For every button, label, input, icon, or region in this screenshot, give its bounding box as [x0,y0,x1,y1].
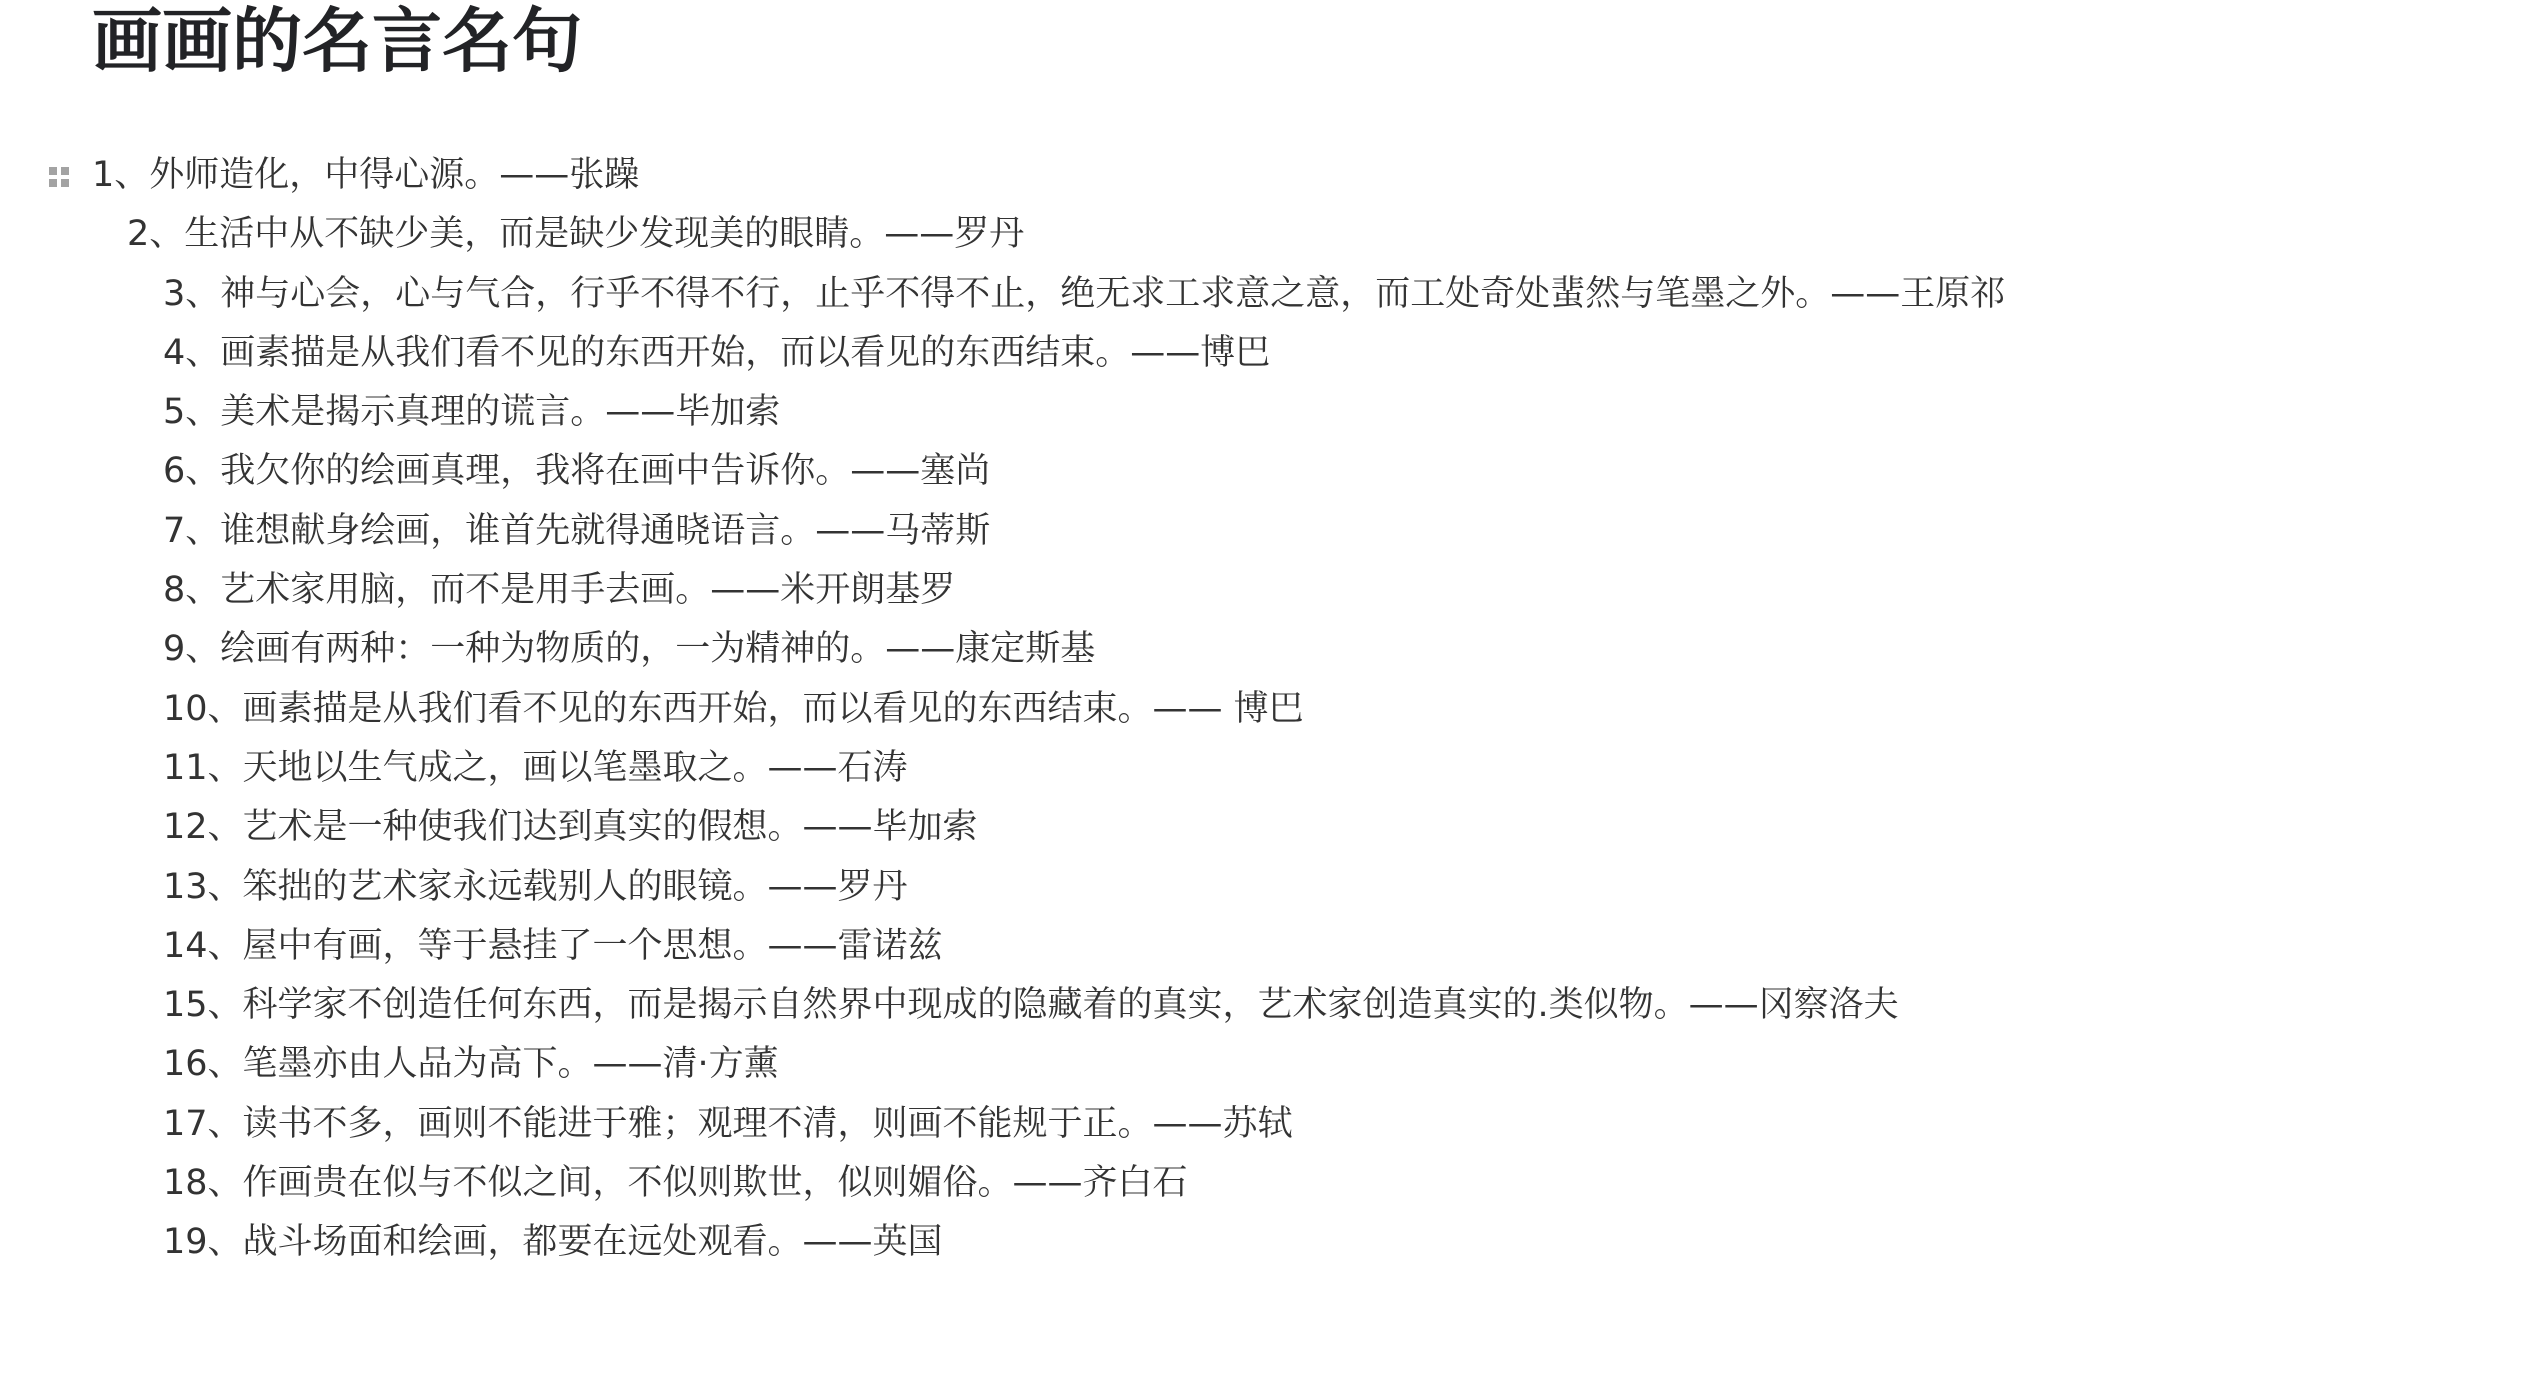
quote-item-5[interactable]: 5、美术是揭示真理的谎言。——毕加索 [0,383,2530,442]
quote-text: 7、谁想献身绘画，谁首先就得通晓语言。——马蒂斯 [163,511,990,551]
quote-text: 3、神与心会，心与气合，行乎不得不行，止乎不得不止，绝无求工求意之意，而工处奇处… [163,274,2005,314]
quote-item-7[interactable]: 7、谁想献身绘画，谁首先就得通晓语言。——马蒂斯 [0,502,2530,561]
quote-item-3[interactable]: 3、神与心会，心与气合，行乎不得不行，止乎不得不止，绝无求工求意之意，而工处奇处… [0,265,2530,324]
quote-text: 10、画素描是从我们看不见的东西开始，而以看见的东西结束。—— 博巴 [163,689,1304,729]
quote-text: 18、作画贵在似与不似之间，不似则欺世，似则媚俗。——齐白石 [163,1163,1188,1203]
quote-item-4[interactable]: 4、画素描是从我们看不见的东西开始，而以看见的东西结束。——博巴 [0,324,2530,383]
quote-text: 15、科学家不创造任何东西，而是揭示自然界中现成的隐藏着的真实，艺术家创造真实的… [163,985,1899,1025]
quote-item-11[interactable]: 11、天地以生气成之，画以笔墨取之。——石涛 [0,739,2530,798]
quote-text: 5、美术是揭示真理的谎言。——毕加索 [163,392,780,432]
quote-item-15[interactable]: 15、科学家不创造任何东西，而是揭示自然界中现成的隐藏着的真实，艺术家创造真实的… [0,976,2530,1035]
quote-text: 13、笨拙的艺术家永远载别人的眼镜。——罗丹 [163,867,908,907]
page-title: 画画的名言名句 [92,0,582,82]
quote-item-16[interactable]: 16、笔墨亦由人品为高下。——清·方薰 [0,1035,2530,1094]
handle-dot [61,179,69,187]
quote-text: 4、画素描是从我们看不见的东西开始，而以看见的东西结束。——博巴 [163,333,1270,373]
quote-item-12[interactable]: 12、艺术是一种使我们达到真实的假想。——毕加索 [0,798,2530,857]
handle-dot [49,179,57,187]
quote-list: 1、外师造化，中得心源。——张躁 2、生活中从不缺少美，而是缺少发现美的眼睛。—… [0,146,2530,1273]
drag-handle-icon[interactable] [49,167,69,187]
quote-text: 9、绘画有两种：一种为物质的，一为精神的。——康定斯基 [163,629,1095,669]
quote-item-19[interactable]: 19、战斗场面和绘画，都要在远处观看。——英国 [0,1213,2530,1272]
quote-item-17[interactable]: 17、读书不多，画则不能进于雅；观理不清，则画不能规于正。——苏轼 [0,1095,2530,1154]
quote-text: 6、我欠你的绘画真理，我将在画中告诉你。——塞尚 [163,451,990,491]
handle-dot [61,167,69,175]
quote-text: 14、屋中有画，等于悬挂了一个思想。——雷诺兹 [163,926,943,966]
quote-text: 16、笔墨亦由人品为高下。——清·方薰 [163,1044,779,1084]
quote-text: 12、艺术是一种使我们达到真实的假想。——毕加索 [163,807,978,847]
quote-item-2[interactable]: 2、生活中从不缺少美，而是缺少发现美的眼睛。——罗丹 [0,205,2530,264]
quote-text: 1、外师造化，中得心源。——张躁 [92,155,639,195]
quote-item-14[interactable]: 14、屋中有画，等于悬挂了一个思想。——雷诺兹 [0,917,2530,976]
quote-item-6[interactable]: 6、我欠你的绘画真理，我将在画中告诉你。——塞尚 [0,442,2530,501]
quote-item-8[interactable]: 8、艺术家用脑，而不是用手去画。——米开朗基罗 [0,561,2530,620]
quote-text: 19、战斗场面和绘画，都要在远处观看。——英国 [163,1222,943,1262]
quote-item-1[interactable]: 1、外师造化，中得心源。——张躁 [0,146,2530,205]
quote-text: 8、艺术家用脑，而不是用手去画。——米开朗基罗 [163,570,955,610]
quote-item-9[interactable]: 9、绘画有两种：一种为物质的，一为精神的。——康定斯基 [0,620,2530,679]
handle-dot [49,167,57,175]
quote-item-10[interactable]: 10、画素描是从我们看不见的东西开始，而以看见的东西结束。—— 博巴 [0,680,2530,739]
quote-text: 17、读书不多，画则不能进于雅；观理不清，则画不能规于正。——苏轼 [163,1104,1293,1144]
quote-item-18[interactable]: 18、作画贵在似与不似之间，不似则欺世，似则媚俗。——齐白石 [0,1154,2530,1213]
quote-item-13[interactable]: 13、笨拙的艺术家永远载别人的眼镜。——罗丹 [0,858,2530,917]
quote-text: 11、天地以生气成之，画以笔墨取之。——石涛 [163,748,908,788]
quote-text: 2、生活中从不缺少美，而是缺少发现美的眼睛。——罗丹 [127,214,1024,254]
